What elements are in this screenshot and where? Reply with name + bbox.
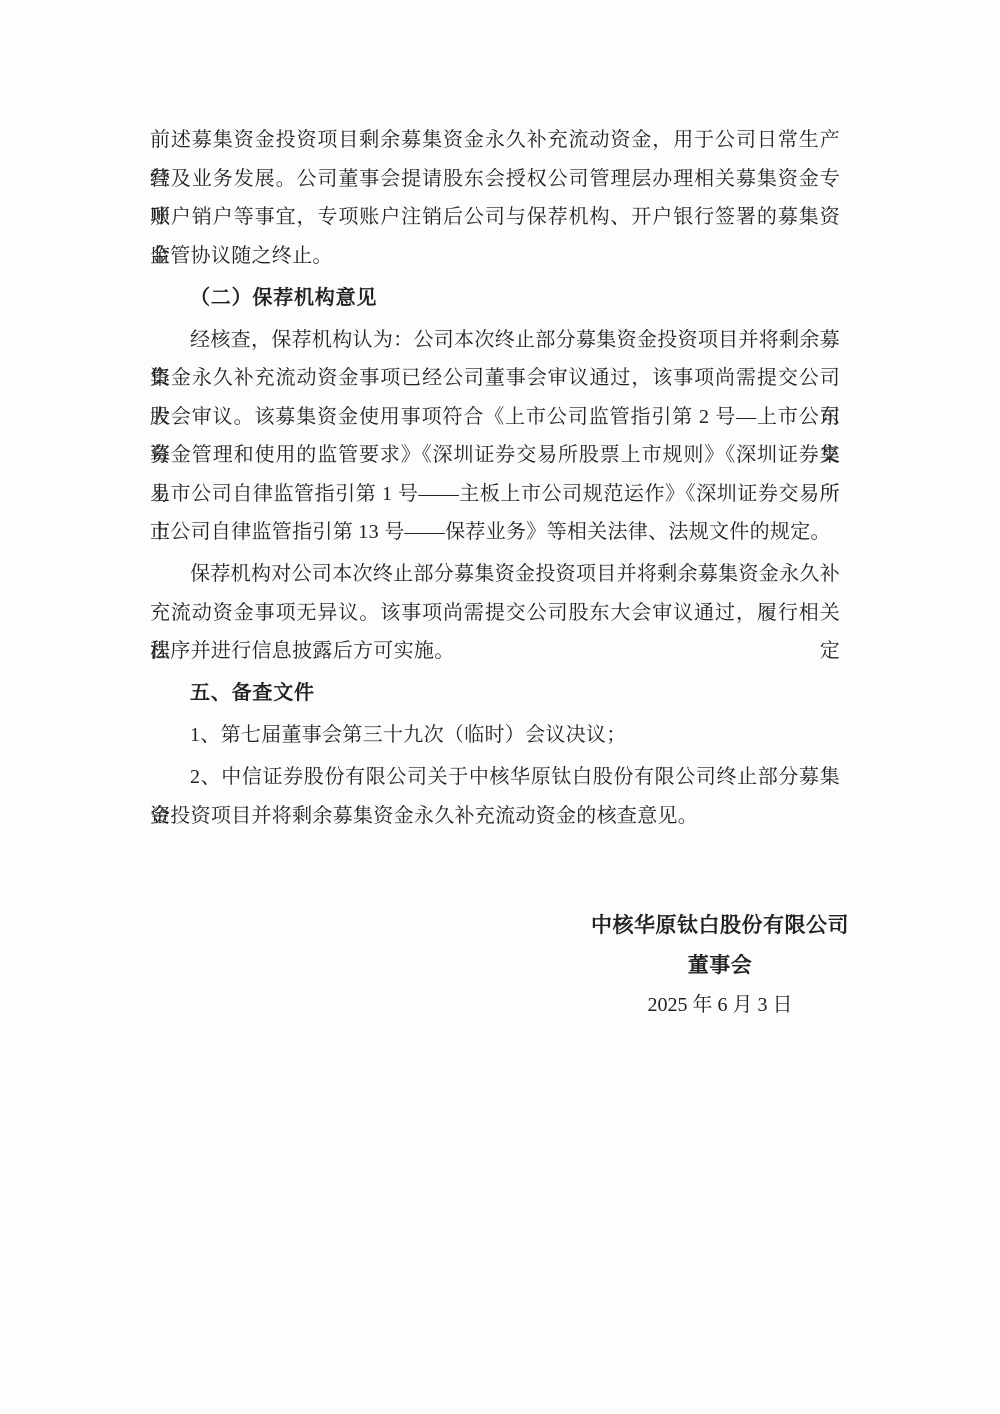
- text-line: 市公司自律监管指引第 13 号——保荐业务》等相关法律、法规文件的规定。: [150, 513, 840, 552]
- signature-date: 2025 年 6 月 3 日: [520, 985, 920, 1025]
- section-heading-sponsor-opinion: （二）保荐机构意见: [150, 279, 840, 318]
- text-line: 资金永久补充流动资金事项已经公司董事会审议通过，该事项尚需提交公司股东: [150, 359, 840, 398]
- signature-company: 中核华原钛白股份有限公司: [520, 905, 920, 945]
- text-line: 监管协议随之终止。: [150, 237, 840, 276]
- text-line: 保荐机构对公司本次终止部分募集资金投资项目并将剩余募集资金永久补: [150, 555, 840, 594]
- text-line: 大会审议。该募集资金使用事项符合《上市公司监管指引第 2 号—上市公司募集: [150, 398, 840, 437]
- text-line: 账户销户等事宜，专项账户注销后公司与保荐机构、开户银行签署的募集资金: [150, 198, 840, 237]
- signature-board: 董事会: [520, 945, 920, 985]
- list-item: 1、第七届董事会第三十九次（临时）会议决议；: [150, 716, 840, 755]
- list-item: 金投资项目并将剩余募集资金永久补充流动资金的核查意见。: [150, 797, 840, 836]
- text-line: 充流动资金事项无异议。该事项尚需提交公司股东大会审议通过，履行相关法定: [150, 594, 840, 633]
- section-heading-reference-documents: 五、备查文件: [150, 674, 840, 713]
- signature-block: 中核华原钛白股份有限公司 董事会 2025 年 6 月 3 日: [520, 905, 920, 1025]
- text-line: 经核查，保荐机构认为：公司本次终止部分募集资金投资项目并将剩余募集: [150, 321, 840, 360]
- text-line: 资金管理和使用的监管要求》《深圳证券交易所股票上市规则》《深圳证券交易所: [150, 436, 840, 475]
- text-line: 上市公司自律监管指引第 1 号——主板上市公司规范运作》《深圳证券交易所上: [150, 475, 840, 514]
- document-page: 前述募集资金投资项目剩余募集资金永久补充流动资金，用于公司日常生产经 营及业务发…: [0, 0, 1000, 1414]
- text-line: 营及业务发展。公司董事会提请股东会授权公司管理层办理相关募集资金专项: [150, 160, 840, 199]
- text-line: 前述募集资金投资项目剩余募集资金永久补充流动资金，用于公司日常生产经: [150, 121, 840, 160]
- list-item: 2、中信证券股份有限公司关于中核华原钛白股份有限公司终止部分募集资: [150, 758, 840, 797]
- document-body: 前述募集资金投资项目剩余募集资金永久补充流动资金，用于公司日常生产经 营及业务发…: [150, 121, 840, 835]
